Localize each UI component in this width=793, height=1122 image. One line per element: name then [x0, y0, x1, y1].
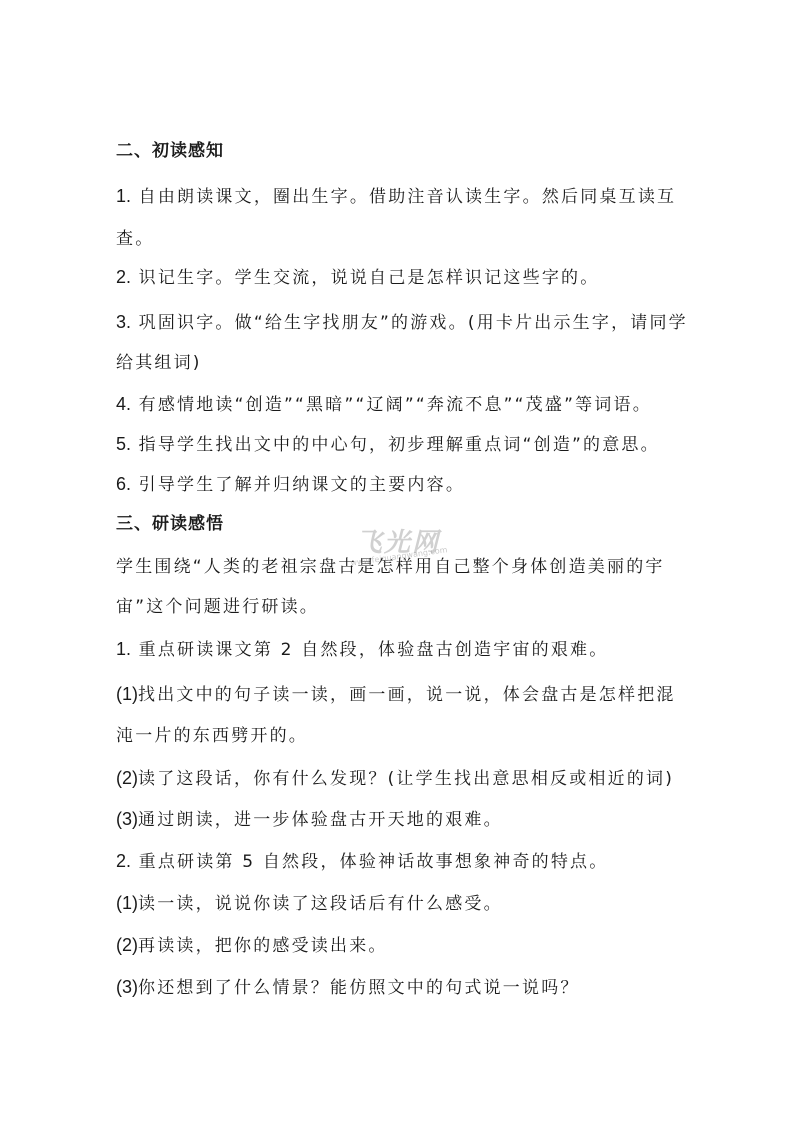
line-text: 指导学生找出文中的中心句，初步理解重点词“创造”的意思。 — [131, 435, 660, 455]
line-text: 二、初读感知 — [116, 141, 224, 161]
item-number: 5. — [116, 434, 131, 454]
list-item: (2)读了这段话，你有什么发现？(让学生找出意思相反或相近的词) — [116, 766, 674, 791]
section-heading: 三、研读感悟 — [116, 512, 224, 536]
list-item: 2. 识记生字。学生交流，说说自己是怎样识记这些字的。 — [116, 265, 599, 290]
line-text: 沌一片的东西劈开的。 — [116, 726, 308, 746]
item-number: (2) — [116, 935, 138, 955]
line-text: 读了这段话，你有什么发现？(让学生找出意思相反或相近的词) — [138, 769, 674, 789]
line-text: 查。 — [116, 229, 154, 249]
item-number: 1. — [116, 186, 131, 206]
line-text: 给其组词) — [116, 353, 202, 373]
line-text: 通过朗读，进一步体验盘古开天地的艰难。 — [138, 810, 503, 830]
list-item: (2)再读读，把你的感受读出来。 — [116, 933, 388, 958]
line-text: 重点研读课文第 2 自然段，体验盘古创造宇宙的艰难。 — [131, 640, 608, 660]
section-heading: 二、初读感知 — [116, 139, 224, 163]
line-text: 三、研读感悟 — [116, 514, 224, 534]
line-text: 识记生字。学生交流，说说自己是怎样识记这些字的。 — [131, 268, 599, 288]
list-item: (3)通过朗读，进一步体验盘古开天地的艰难。 — [116, 807, 503, 832]
line-text: 引导学生了解并归纳课文的主要内容。 — [131, 475, 465, 495]
paragraph-line: 查。 — [116, 227, 154, 251]
list-item: 5. 指导学生找出文中的中心句，初步理解重点词“创造”的意思。 — [116, 432, 660, 457]
line-text: 重点研读第 5 自然段，体验神话故事想象神奇的特点。 — [131, 852, 608, 872]
list-item: 1. 重点研读课文第 2 自然段，体验盘古创造宇宙的艰难。 — [116, 637, 608, 662]
paragraph-line: 给其组词) — [116, 351, 202, 375]
line-text: 有感情地读“创造”“黑暗”“辽阔”“奔流不息”“茂盛”等词语。 — [131, 395, 652, 415]
line-text: 宙”这个问题进行研读。 — [116, 597, 319, 617]
watermark-logo: 飞光网 — [356, 522, 440, 559]
line-text: 巩固识字。做“给生字找朋友”的游戏。(用卡片出示生字，请同学 — [131, 313, 688, 333]
line-text: 读一读，说说你读了这段话后有什么感受。 — [138, 894, 503, 914]
item-number: (1) — [116, 684, 138, 704]
item-number: 1. — [116, 639, 131, 659]
list-item: 2. 重点研读第 5 自然段，体验神话故事想象神奇的特点。 — [116, 849, 608, 874]
list-item: (3)你还想到了什么情景？能仿照文中的句式说一说吗？ — [116, 975, 580, 1000]
paragraph-line: 学生围绕“人类的老祖宗盘古是怎样用自己整个身体创造美丽的宇 — [116, 555, 665, 579]
line-text: 自由朗读课文，圈出生字。借助注音认读生字。然后同桌互读互 — [131, 187, 676, 207]
list-item: 4. 有感情地读“创造”“黑暗”“辽阔”“奔流不息”“茂盛”等词语。 — [116, 392, 652, 417]
paragraph-line: 宙”这个问题进行研读。 — [116, 595, 319, 619]
list-item: 3. 巩固识字。做“给生字找朋友”的游戏。(用卡片出示生字，请同学 — [116, 310, 688, 335]
list-item: (1)找出文中的句子读一读，画一画，说一说，体会盘古是怎样把混 — [116, 682, 676, 707]
item-number: 4. — [116, 394, 131, 414]
line-text: 学生围绕“人类的老祖宗盘古是怎样用自己整个身体创造美丽的宇 — [116, 557, 665, 577]
line-text: 再读读，把你的感受读出来。 — [138, 936, 388, 956]
line-text: 你还想到了什么情景？能仿照文中的句式说一说吗？ — [138, 978, 580, 998]
item-number: (3) — [116, 809, 138, 829]
line-text: 找出文中的句子读一读，画一画，说一说，体会盘古是怎样把混 — [138, 685, 676, 705]
item-number: 3. — [116, 312, 131, 332]
item-number: 6. — [116, 474, 131, 494]
item-number: (1) — [116, 893, 138, 913]
item-number: 2. — [116, 267, 131, 287]
paragraph-line: 沌一片的东西劈开的。 — [116, 724, 308, 748]
item-number: (2) — [116, 768, 138, 788]
item-number: 2. — [116, 851, 131, 871]
item-number: (3) — [116, 977, 138, 997]
list-item: 6. 引导学生了解并归纳课文的主要内容。 — [116, 472, 465, 497]
list-item: (1)读一读，说说你读了这段话后有什么感受。 — [116, 891, 503, 916]
list-item: 1. 自由朗读课文，圈出生字。借助注音认读生字。然后同桌互读互 — [116, 184, 676, 209]
